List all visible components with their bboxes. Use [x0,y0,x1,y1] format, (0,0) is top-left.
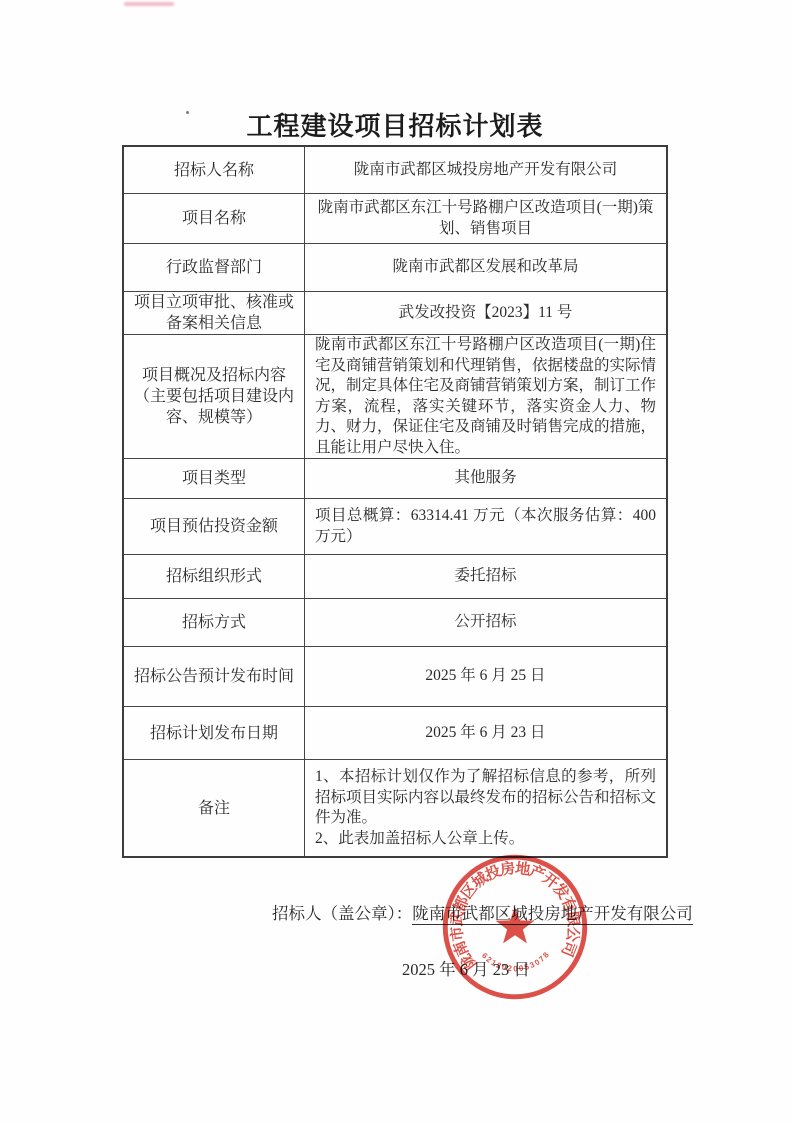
row-value: 其他服务 [305,459,666,498]
signature-company: 陇南市武都区城投房地产开发有限公司 [412,904,693,925]
document-page: 工程建设项目招标计划表 招标人名称 陇南市武都区城投房地产开发有限公司 项目名称… [0,0,793,1122]
table-row-plan-publish-date: 招标计划发布日期 2025 年 6 月 23 日 [124,706,666,759]
row-value: 项目总概算：63314.41 万元（本次服务估算：400 万元） [305,499,666,554]
row-value: 陇南市武都区东江十号路棚户区改造项目(一期)策划、销售项目 [305,194,666,243]
table-row-remarks: 备注 1、本招标计划仅作为了解招标信息的参考，所列招标项目实际内容以最终发布的招… [124,759,666,856]
row-label: 招标人名称 [124,147,305,193]
row-label: 项目类型 [124,459,305,498]
table-row-estimated-investment: 项目预估投资金额 项目总概算：63314.41 万元（本次服务估算：400 万元… [124,498,666,554]
table-row-supervision-dept: 行政监督部门 陇南市武都区发展和改革局 [124,243,666,291]
row-value: 委托招标 [305,555,666,598]
row-value: 公开招标 [305,599,666,646]
table-row-approval-info: 项目立项审批、核准或备案相关信息 武发改投资【2023】11 号 [124,291,666,334]
table-row-bidder-name: 招标人名称 陇南市武都区城投房地产开发有限公司 [124,147,666,193]
signature-label: 招标人（盖公章）： [272,904,412,923]
row-value: 陇南市武都区发展和改革局 [305,244,666,291]
table-row-project-overview: 项目概况及招标内容（主要包括项目建设内容、规模等） 陇南市武都区东江十号路棚户区… [124,334,666,458]
row-label: 项目名称 [124,194,305,243]
row-value: 1、本招标计划仅作为了解招标信息的参考，所列招标项目实际内容以最终发布的招标公告… [305,760,666,856]
row-value: 武发改投资【2023】11 号 [305,292,666,334]
scan-smudge [124,2,174,6]
page-title: 工程建设项目招标计划表 [122,106,668,143]
table-row-organization-form: 招标组织形式 委托招标 [124,554,666,598]
row-label: 备注 [124,760,305,856]
row-value: 2025 年 6 月 23 日 [305,707,666,759]
row-value: 2025 年 6 月 25 日 [305,647,666,706]
row-label: 项目概况及招标内容（主要包括项目建设内容、规模等） [124,335,305,458]
row-label: 项目预估投资金额 [124,499,305,554]
table-row-project-type: 项目类型 其他服务 [124,458,666,498]
bidding-plan-table: 招标人名称 陇南市武都区城投房地产开发有限公司 项目名称 陇南市武都区东江十号路… [122,145,668,858]
row-value: 陇南市武都区城投房地产开发有限公司 [305,147,666,193]
table-row-announcement-date: 招标公告预计发布时间 2025 年 6 月 25 日 [124,646,666,706]
table-row-project-name: 项目名称 陇南市武都区东江十号路棚户区改造项目(一期)策划、销售项目 [124,193,666,243]
row-value: 陇南市武都区东江十号路棚户区改造项目(一期)住宅及商铺营销策划和代理销售，依据楼… [305,335,666,458]
row-label: 招标计划发布日期 [124,707,305,759]
footer-date: 2025 年 6 月 23 日 [402,956,530,980]
row-label: 行政监督部门 [124,244,305,291]
row-label: 项目立项审批、核准或备案相关信息 [124,292,305,334]
row-label: 招标方式 [124,599,305,646]
row-label: 招标公告预计发布时间 [124,647,305,706]
signature-line: 招标人（盖公章）：陇南市武都区城投房地产开发有限公司 [272,900,693,924]
row-label: 招标组织形式 [124,555,305,598]
table-row-bidding-method: 招标方式 公开招标 [124,598,666,646]
